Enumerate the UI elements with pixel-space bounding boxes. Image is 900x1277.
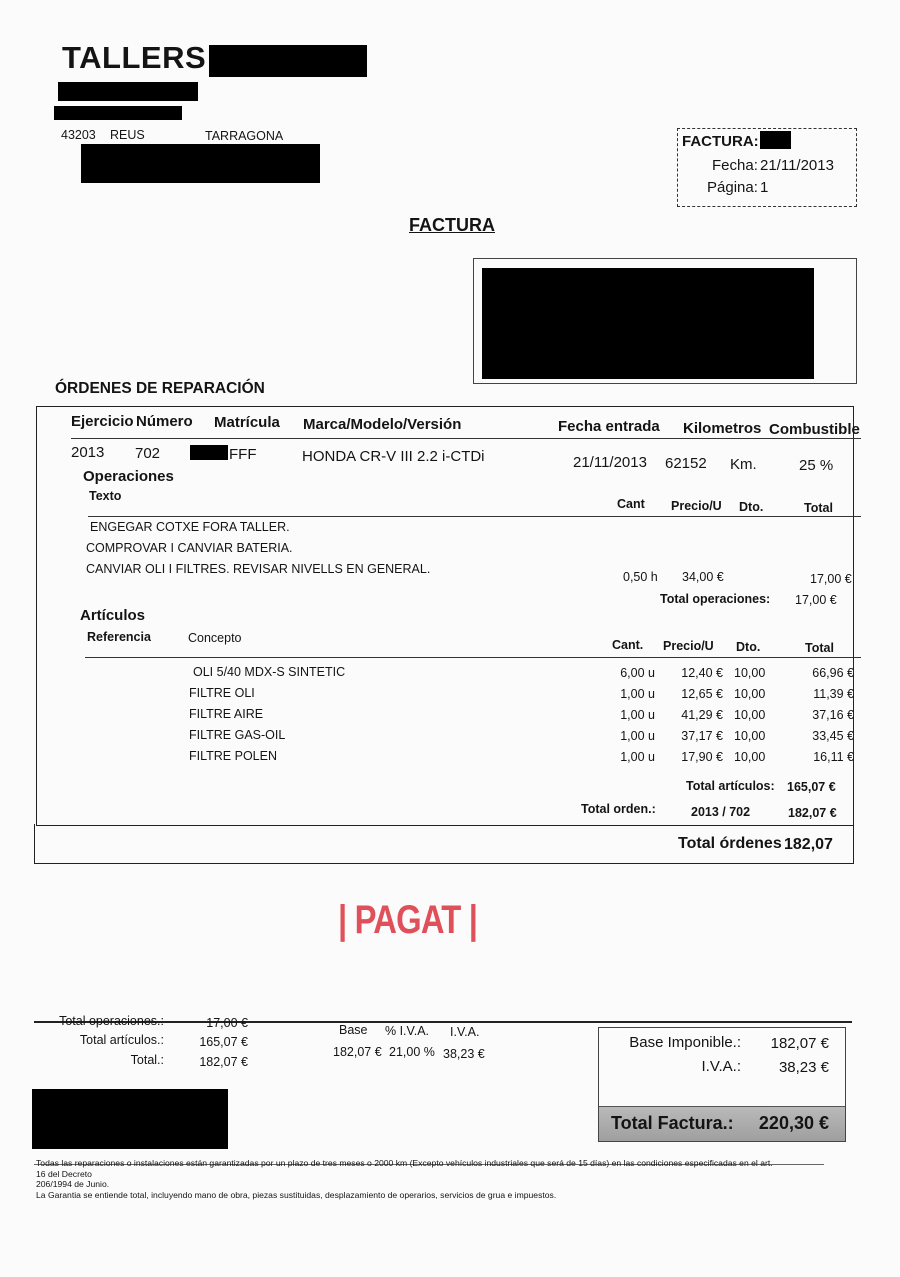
- paid-stamp: | PAGAT |: [338, 898, 477, 943]
- col-op-dto: Dto.: [739, 500, 763, 514]
- operation-unit-price: 34,00 €: [682, 570, 724, 584]
- article-total: 66,96 €: [787, 666, 854, 680]
- page-number: 1: [760, 179, 768, 196]
- legal-line: Todas las reparaciones o instalaciones e…: [36, 1158, 856, 1169]
- col-op-total: Total: [804, 501, 833, 515]
- article-qty: 1,00 u: [597, 687, 655, 701]
- col-referencia: Referencia: [87, 630, 151, 644]
- article-discount: 10,00: [734, 708, 765, 722]
- summary-arts-label: Total artículos.:: [40, 1033, 164, 1047]
- article-discount: 10,00: [734, 750, 765, 764]
- order-plate-suffix: FFF: [229, 446, 257, 463]
- taxable-base-value: 182,07 €: [749, 1035, 829, 1052]
- article-discount: 10,00: [734, 729, 765, 743]
- col-kilometros: Kilometros: [683, 420, 761, 437]
- invoice-info-box: FACTURA: Fecha: 21/11/2013 Página: 1: [677, 128, 857, 207]
- col-ejercicio: Ejercicio: [71, 413, 134, 430]
- article-total: 16,11 €: [787, 750, 854, 764]
- redacted-invoice-number: [760, 131, 791, 149]
- summary-arts-value: 165,07 €: [180, 1035, 248, 1049]
- redacted-address-line-2: [54, 106, 182, 120]
- order-total: 182,07 €: [788, 806, 837, 820]
- vat-amount-label: I.V.A.: [450, 1025, 479, 1039]
- article-unit-price: 41,29 €: [667, 708, 723, 722]
- legal-line: 206/1994 de Junio.: [36, 1179, 856, 1190]
- vat-pct-value: 21,00 %: [389, 1045, 435, 1059]
- vat-value: 38,23 €: [749, 1059, 829, 1076]
- article-total: 33,45 €: [787, 729, 854, 743]
- postal-code: 43203: [61, 128, 96, 142]
- taxable-base-label: Base Imponible.:: [599, 1034, 741, 1051]
- legal-line: 16 del Decreto: [36, 1169, 856, 1180]
- order-vehicle: HONDA CR-V III 2.2 i-CTDi: [302, 448, 485, 465]
- orders-section-title: ÓRDENES DE REPARACIÓN: [55, 380, 265, 398]
- article-unit-price: 37,17 €: [667, 729, 723, 743]
- article-unit-price: 12,65 €: [667, 687, 723, 701]
- col-numero: Número: [136, 413, 193, 430]
- city: REUS: [110, 128, 145, 142]
- col-art-cant: Cant.: [612, 638, 643, 652]
- page-label: Página:: [707, 179, 758, 196]
- orders-total-label: Total órdenes: [678, 835, 782, 853]
- redacted-client-address: [482, 268, 814, 379]
- operations-subtotal-label: Total operaciones:: [660, 592, 770, 606]
- article-concept: FILTRE POLEN: [189, 749, 277, 763]
- vat-base-value: 182,07 €: [333, 1045, 382, 1059]
- redacted-company-name: [209, 45, 367, 77]
- operation-total: 17,00 €: [810, 572, 852, 586]
- document-title: FACTURA: [409, 215, 495, 236]
- client-address-box: [473, 258, 857, 384]
- operations-title: Operaciones: [83, 468, 174, 485]
- header-divider: [71, 438, 861, 439]
- operations-subtotal: 17,00 €: [795, 593, 837, 607]
- article-unit-price: 17,90 €: [667, 750, 723, 764]
- company-name: TALLERS: [62, 40, 206, 76]
- col-combustible: Combustible: [769, 421, 860, 438]
- redacted-footer-info: [32, 1089, 228, 1149]
- article-total: 37,16 €: [787, 708, 854, 722]
- col-op-precio: Precio/U: [671, 499, 722, 513]
- redacted-plate: [190, 445, 228, 460]
- col-marca-modelo: Marca/Modelo/Versión: [303, 416, 461, 433]
- invoice-date: 21/11/2013: [760, 157, 834, 174]
- summary-total-label: Total.:: [40, 1053, 164, 1067]
- order-numero: 702: [135, 445, 160, 462]
- order-ejercicio: 2013: [71, 444, 104, 461]
- articles-divider: [85, 657, 861, 658]
- operation-qty: 0,50 h: [623, 570, 658, 584]
- invoice-total-bar: Total Factura.: 220,30 €: [599, 1106, 845, 1141]
- col-concepto: Concepto: [188, 631, 242, 645]
- col-texto: Texto: [89, 489, 121, 503]
- orders-total-row: Total órdenes 182,07: [34, 824, 854, 864]
- legal-line: La Garantia se entiende total, incluyend…: [36, 1190, 856, 1201]
- article-concept: FILTRE GAS-OIL: [189, 728, 285, 742]
- legal-notice: Todas las reparaciones o instalaciones e…: [36, 1158, 856, 1200]
- article-concept: FILTRE OLI: [189, 686, 255, 700]
- operation-line: ENGEGAR COTXE FORA TALLER.: [90, 520, 290, 534]
- col-art-precio: Precio/U: [663, 639, 714, 653]
- article-discount: 10,00: [734, 666, 765, 680]
- invoice-number-label: FACTURA:: [682, 133, 759, 150]
- order-entry-date: 21/11/2013: [573, 454, 647, 471]
- order-km-unit: Km.: [730, 456, 757, 473]
- article-unit-price: 12,40 €: [667, 666, 723, 680]
- summary-ops-value: 17,00 €: [180, 1016, 248, 1030]
- article-concept: FILTRE AIRE: [189, 707, 263, 721]
- repair-orders-table: Ejercicio Número Matrícula Marca/Modelo/…: [36, 406, 854, 826]
- order-km: 62152: [665, 455, 707, 472]
- vat-label: I.V.A.:: [599, 1058, 741, 1075]
- invoice-total-label: Total Factura.:: [611, 1113, 734, 1134]
- vat-base-label: Base: [339, 1023, 368, 1037]
- articles-title: Artículos: [80, 607, 145, 624]
- col-op-cant: Cant: [617, 497, 645, 511]
- article-qty: 1,00 u: [597, 729, 655, 743]
- article-concept: OLI 5/40 MDX-S SINTETIC: [193, 665, 345, 679]
- vat-pct-label: % I.V.A.: [385, 1024, 429, 1038]
- col-art-total: Total: [805, 641, 834, 655]
- col-matricula: Matrícula: [214, 414, 280, 431]
- articles-subtotal: 165,07 €: [787, 780, 836, 794]
- province: TARRAGONA: [205, 129, 283, 143]
- article-qty: 6,00 u: [597, 666, 655, 680]
- operations-divider: [88, 516, 861, 517]
- article-qty: 1,00 u: [597, 708, 655, 722]
- col-fecha-entrada: Fecha entrada: [558, 418, 660, 435]
- article-discount: 10,00: [734, 687, 765, 701]
- operation-line: COMPROVAR I CANVIAR BATERIA.: [86, 541, 293, 555]
- order-total-ref: 2013 / 702: [691, 805, 750, 819]
- article-qty: 1,00 u: [597, 750, 655, 764]
- articles-subtotal-label: Total artículos:: [686, 779, 775, 793]
- operation-line: CANVIAR OLI I FILTRES. REVISAR NIVELLS E…: [86, 562, 430, 576]
- orders-total: 182,07: [784, 836, 833, 854]
- invoice-date-label: Fecha:: [712, 157, 758, 174]
- col-art-dto: Dto.: [736, 640, 760, 654]
- redacted-contact-info: [81, 144, 320, 183]
- article-total: 11,39 €: [787, 687, 854, 701]
- redacted-address-line-1: [58, 82, 198, 101]
- invoice-totals-box: Base Imponible.: 182,07 € I.V.A.: 38,23 …: [598, 1027, 846, 1142]
- summary-total-value: 182,07 €: [180, 1055, 248, 1069]
- order-total-label: Total orden.:: [581, 802, 656, 816]
- vat-amount-value: 38,23 €: [443, 1047, 485, 1061]
- invoice-total-value: 220,30 €: [749, 1113, 829, 1134]
- order-fuel-level: 25 %: [799, 457, 833, 474]
- summary-ops-label: Total operaciones.:: [40, 1014, 164, 1028]
